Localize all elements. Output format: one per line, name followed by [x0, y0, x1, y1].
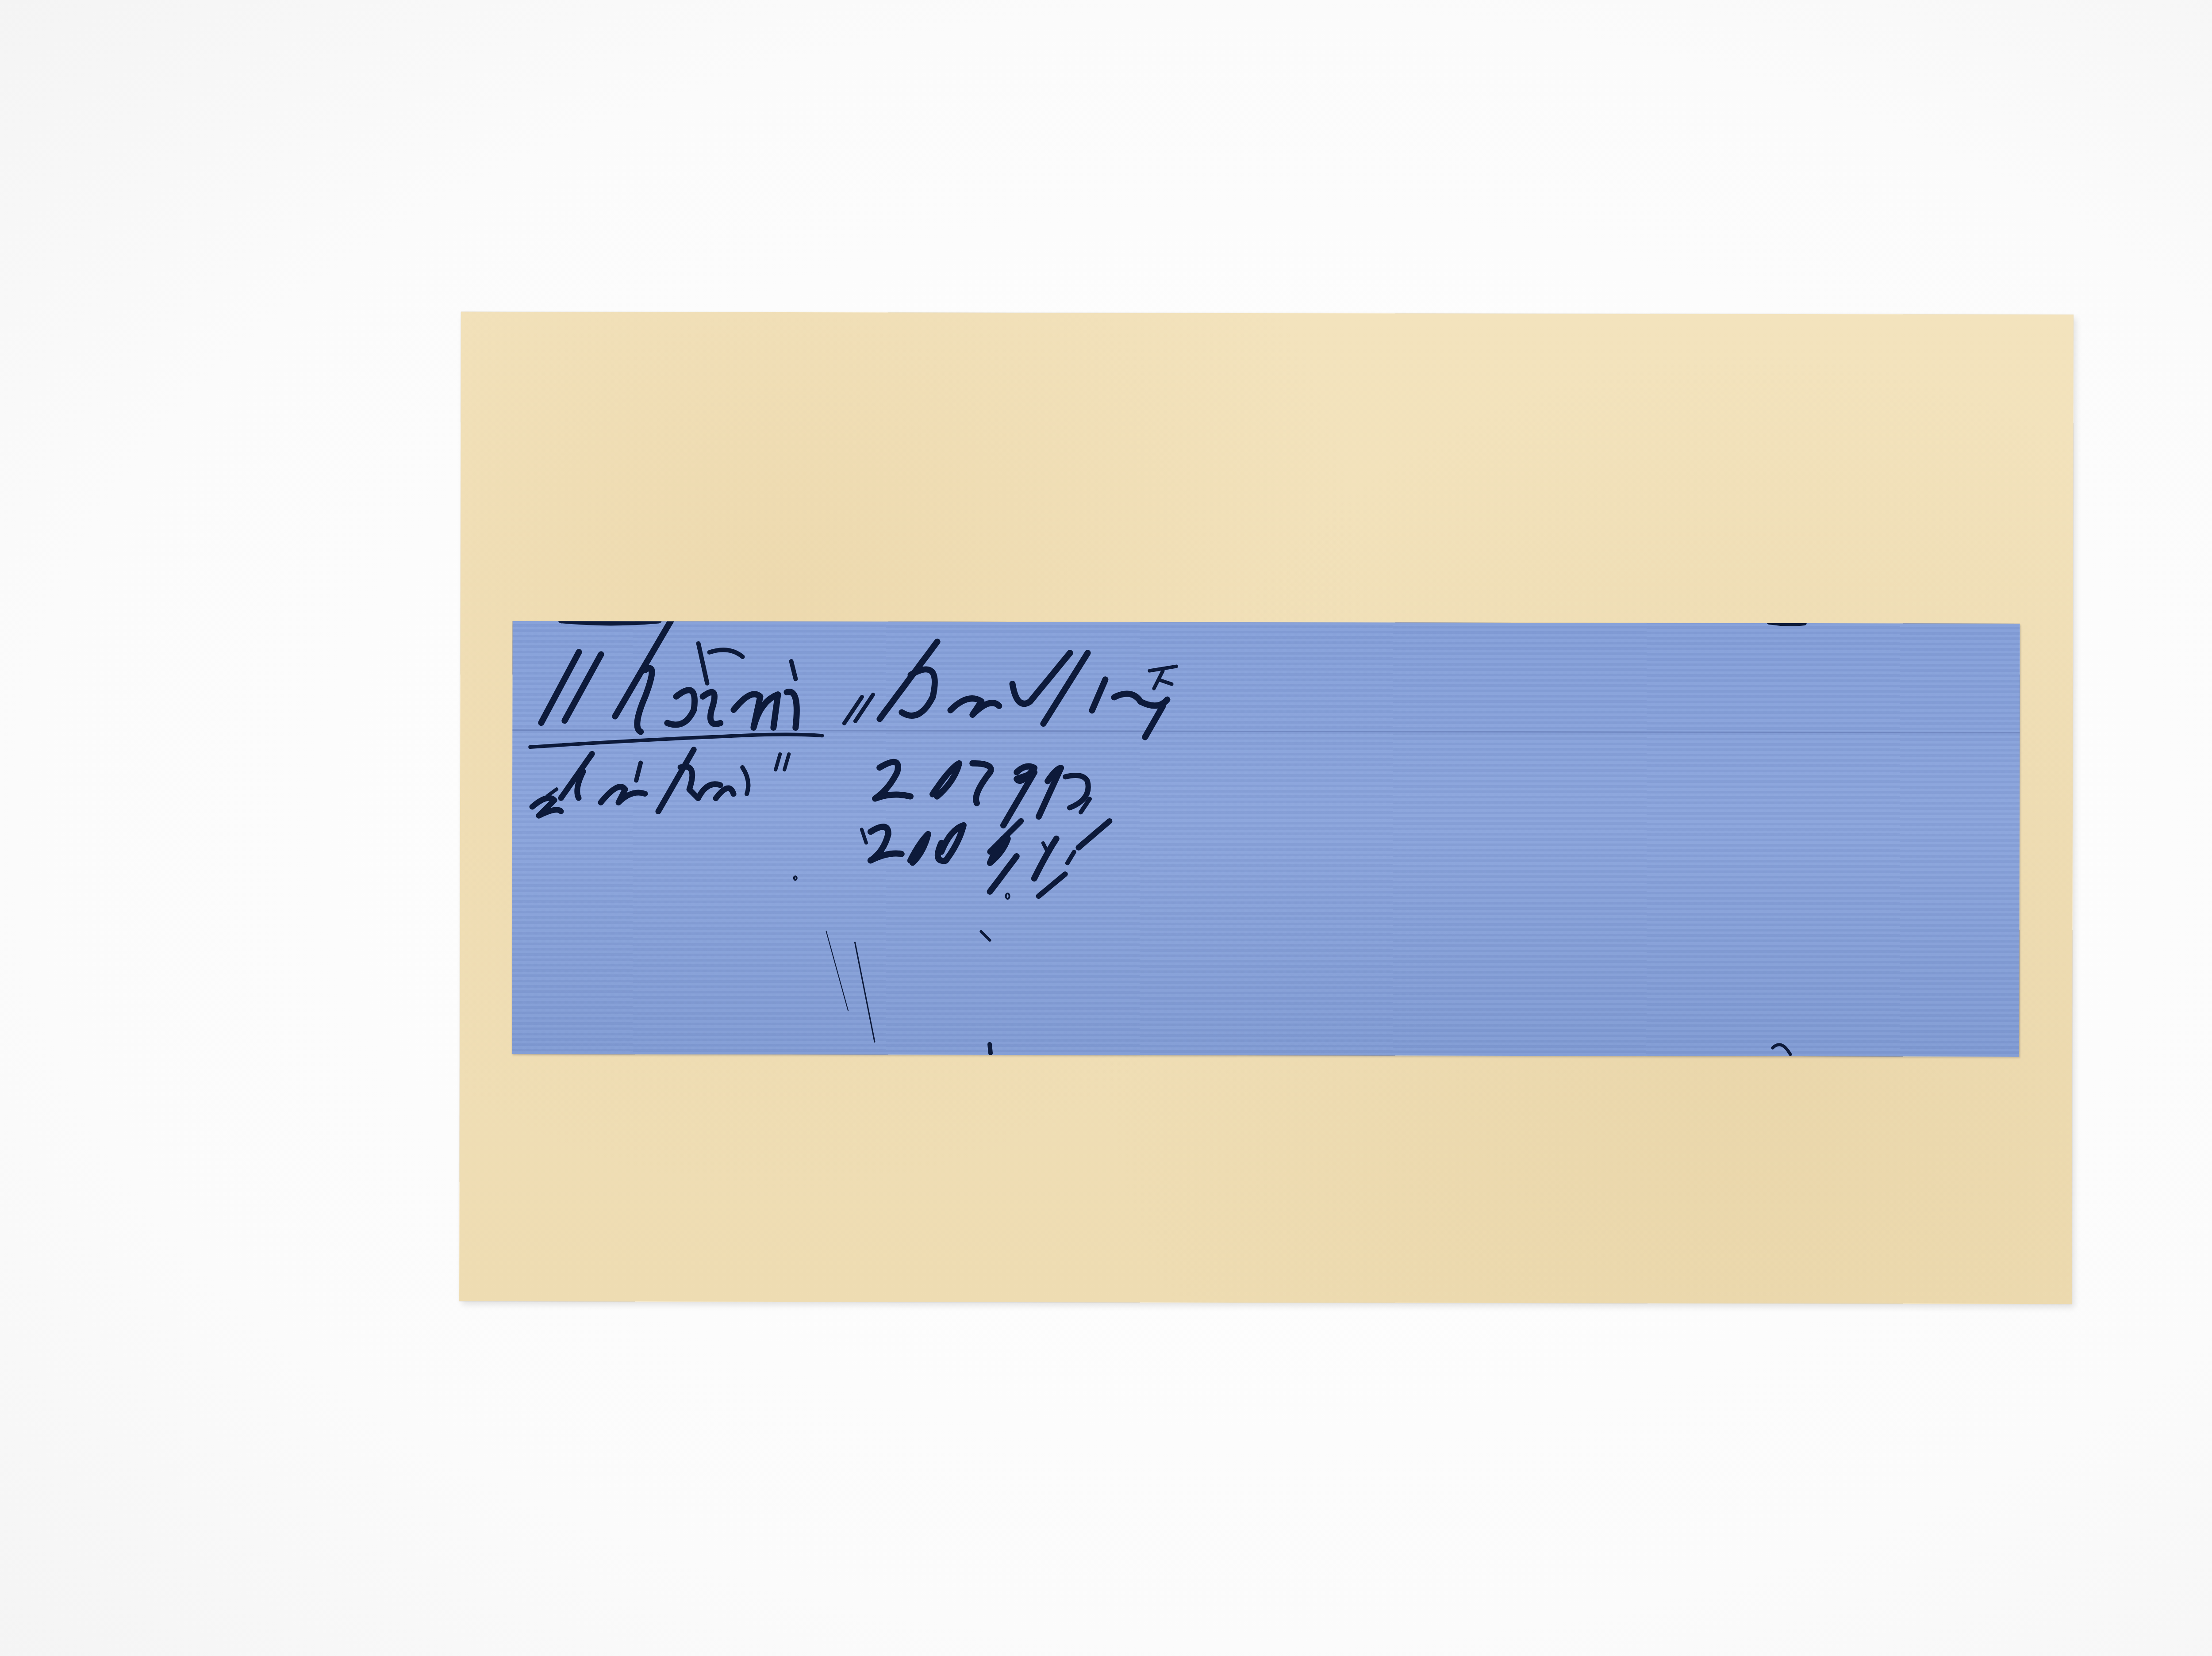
blue-paper-slip: „Koćenši" „Konstelng" T zátaiKrev" 2079/…: [512, 621, 2020, 1057]
ink-smudge: [1769, 622, 1805, 624]
word-line1-right: [844, 641, 1176, 737]
ink-dot: [1006, 893, 1010, 899]
photo-background: „Koćenši" „Konstelng" T zátaiKrev" 2079/…: [0, 0, 2212, 1656]
ink-mark: [981, 931, 990, 940]
underline: [530, 734, 822, 748]
handwritten-ink: [512, 621, 2020, 1057]
scratch-mark: [826, 931, 848, 1011]
number-2079-15: [875, 762, 1090, 826]
ink-smudge: [561, 621, 659, 623]
ink-dot: [794, 876, 797, 880]
ink-mark: [990, 1044, 991, 1053]
ink-stain: [1773, 1045, 1790, 1054]
mounting-card: „Koćenši" „Konstelng" T zátaiKrev" 2079/…: [459, 312, 2074, 1304]
slash-mark: [1079, 821, 1110, 847]
scratch-mark: [855, 942, 875, 1042]
word-line2-left: [532, 749, 789, 816]
number-2080-1: [862, 825, 1074, 896]
word-line1-left: [541, 621, 797, 732]
